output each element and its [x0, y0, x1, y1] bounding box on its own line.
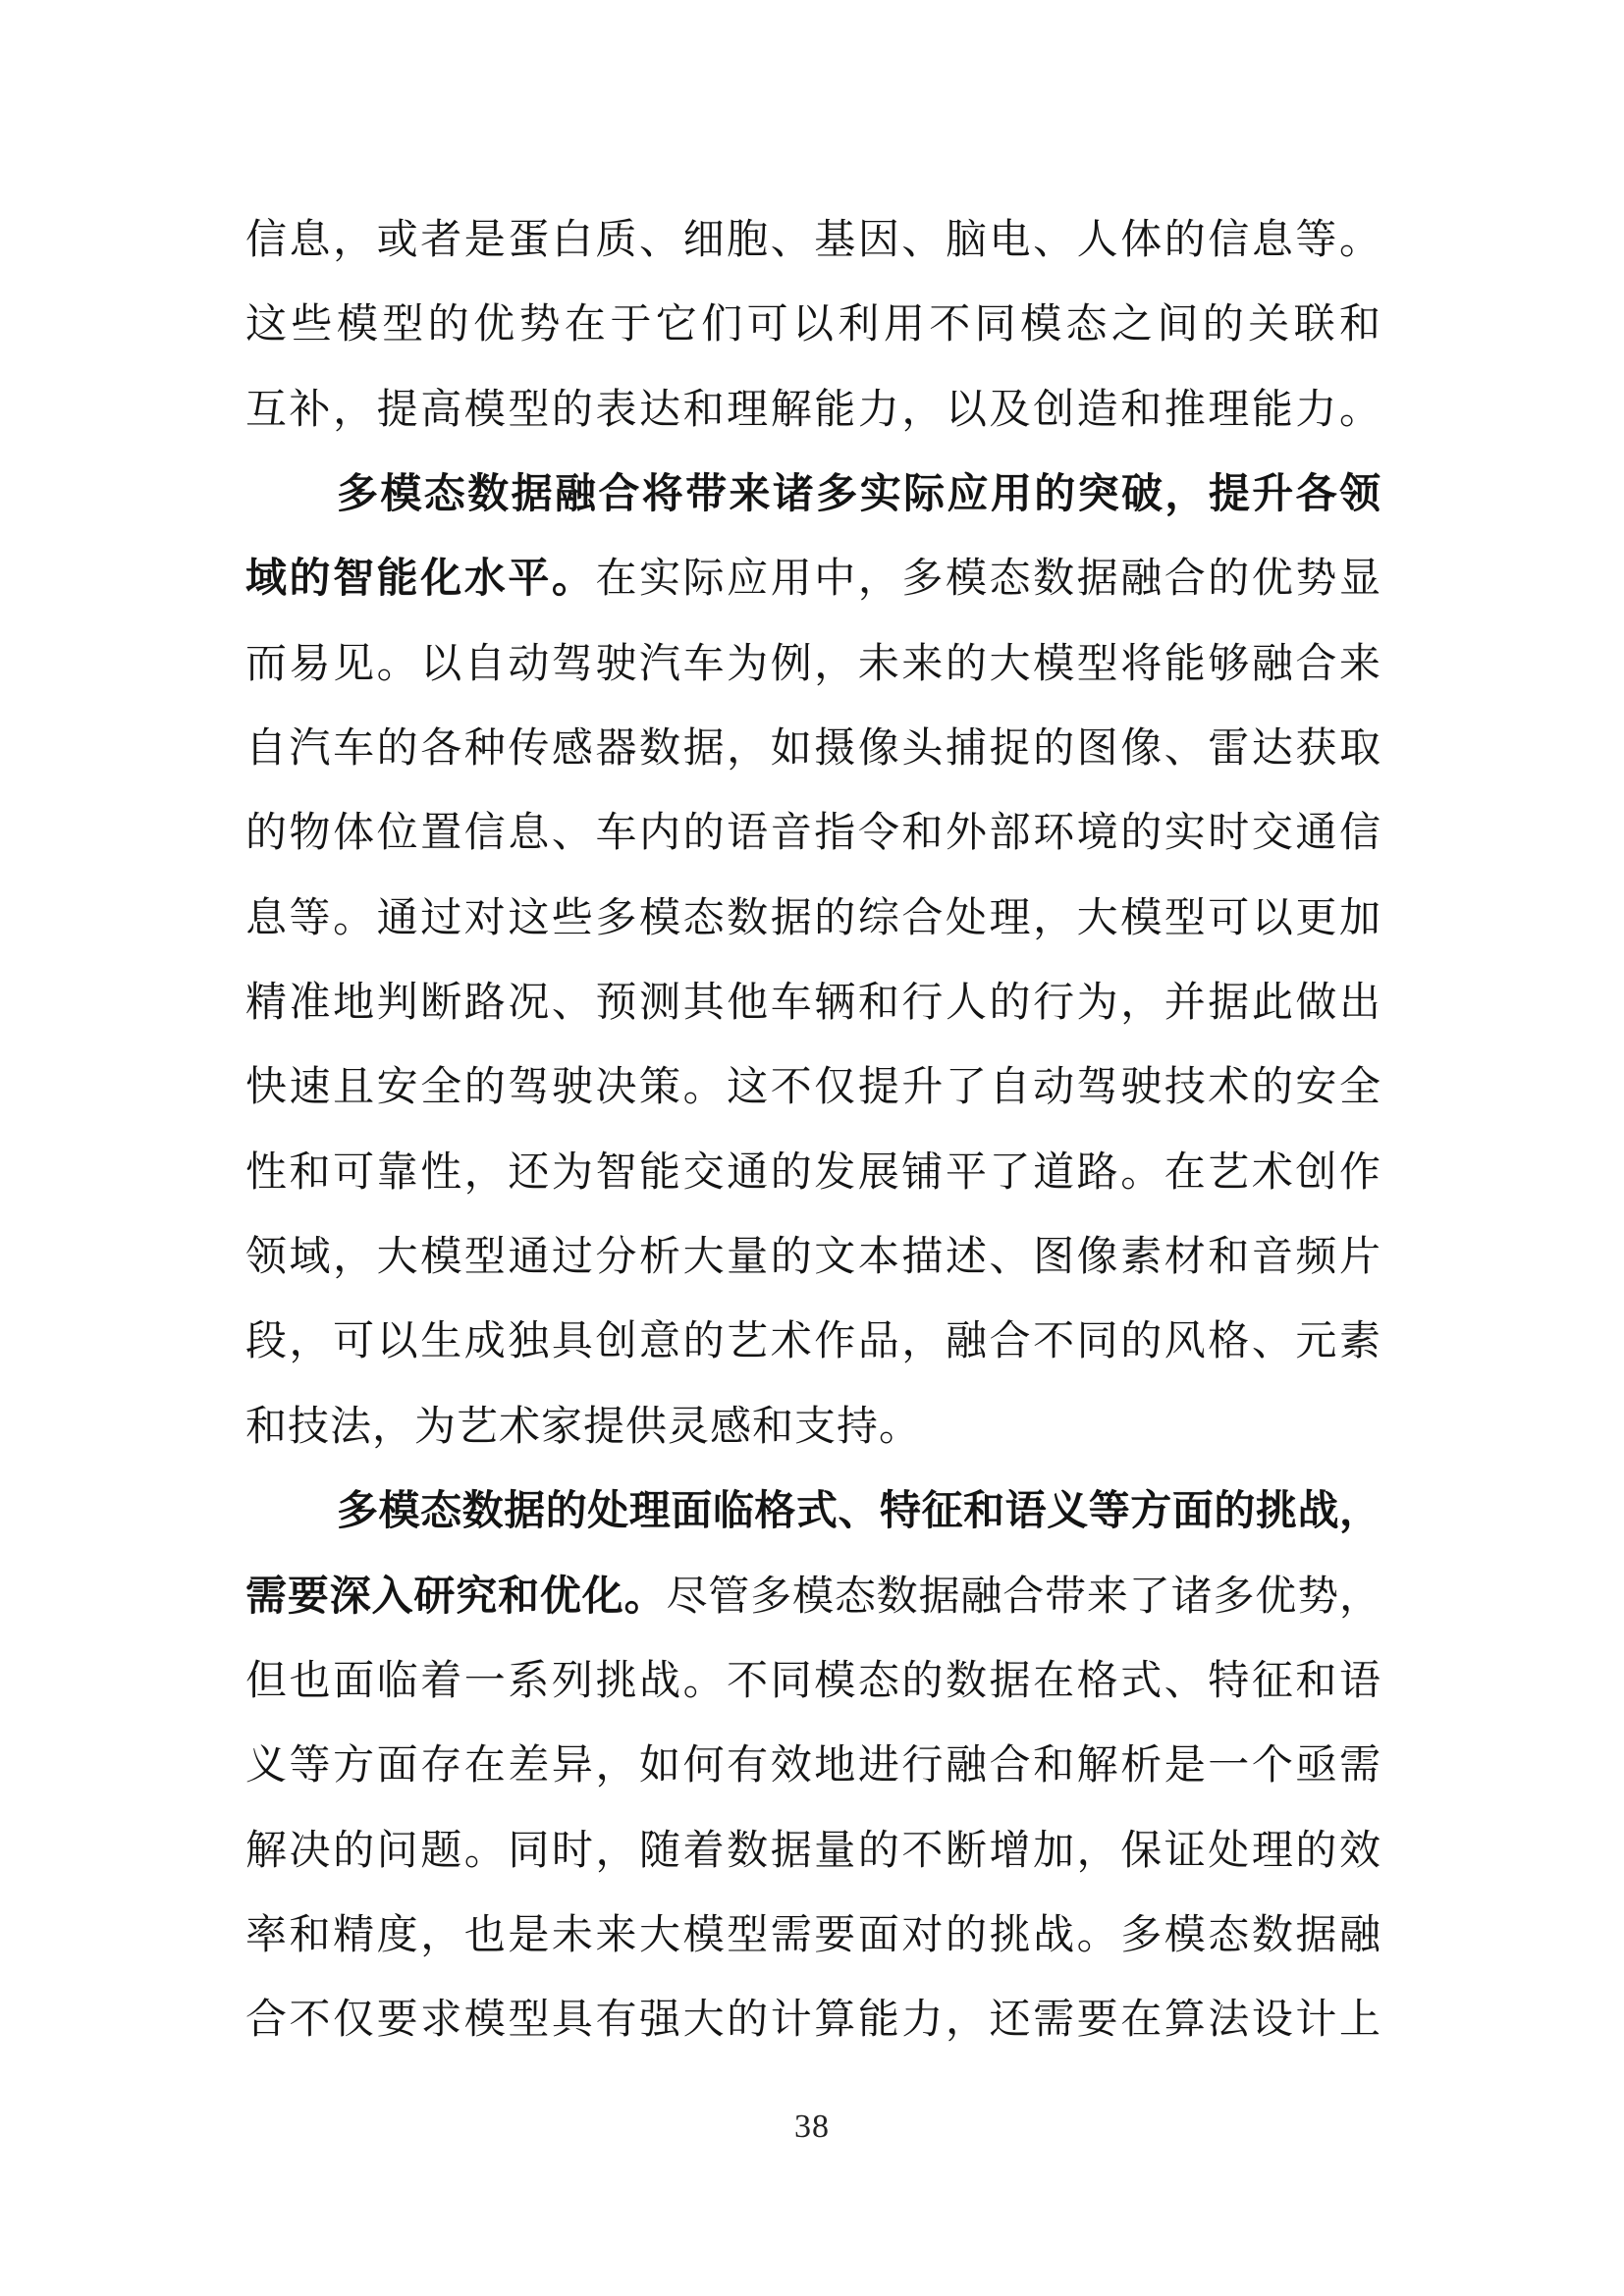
text-segment: 领域，大模型通过分析大量的文本描述、图像素材和音频片: [245, 1235, 1380, 1280]
page-number: 38: [0, 2109, 1624, 2146]
text-segment: 在实际应用中，多模态数据融合的优势显: [595, 557, 1380, 602]
text-line: 自汽车的各种传感器数据，如摄像头捕捉的图像、雷达获取: [245, 707, 1380, 791]
text-segment: 自汽车的各种传感器数据，如摄像头捕捉的图像、雷达获取: [245, 726, 1380, 772]
text-segment: 信息，或者是蛋白质、细胞、基因、脑电、人体的信息等。: [245, 218, 1380, 263]
text-line: 息等。通过对这些多模态数据的综合处理，大模型可以更加: [245, 877, 1380, 961]
text-segment: 息等。通过对这些多模态数据的综合处理，大模型可以更加: [245, 896, 1380, 941]
text-segment: 解决的问题。同时，随着数据量的不断增加，保证处理的效: [245, 1829, 1380, 1874]
text-segment: 快速且安全的驾驶决策。这不仅提升了自动驾驶技术的安全: [245, 1065, 1380, 1110]
text-line: 而易见。以自动驾驶汽车为例，未来的大模型将能够融合来: [245, 622, 1380, 707]
bold-text-segment: 多模态数据的处理面临格式、特征和语义等方面的挑战，: [337, 1489, 1380, 1534]
text-segment: 性和可靠性，还为智能交通的发展铺平了道路。在艺术创作: [245, 1150, 1380, 1196]
text-segment: 段，可以生成独具创意的艺术作品，融合不同的风格、元素: [245, 1319, 1380, 1364]
text-segment: 但也面临着一系列挑战。不同模态的数据在格式、特征和语: [245, 1659, 1380, 1704]
text-line: 解决的问题。同时，随着数据量的不断增加，保证处理的效: [245, 1809, 1380, 1894]
text-segment: 尽管多模态数据融合带来了诸多优势，: [666, 1575, 1380, 1620]
bold-text-segment: 域的智能化水平。: [245, 557, 595, 602]
text-segment: 和技法，为艺术家提供灵感和支持。: [245, 1405, 921, 1450]
text-line: 性和可靠性，还为智能交通的发展铺平了道路。在艺术创作: [245, 1131, 1380, 1215]
text-segment: 精准地判断路况、预测其他车辆和行人的行为，并据此做出: [245, 981, 1380, 1026]
text-body: 信息，或者是蛋白质、细胞、基因、脑电、人体的信息等。这些模型的优势在于它们可以利…: [245, 198, 1380, 2063]
text-line: 和技法，为艺术家提供灵感和支持。: [245, 1385, 1380, 1469]
text-line: 领域，大模型通过分析大量的文本描述、图像素材和音频片: [245, 1215, 1380, 1300]
text-segment: 而易见。以自动驾驶汽车为例，未来的大模型将能够融合来: [245, 642, 1380, 687]
text-line: 信息，或者是蛋白质、细胞、基因、脑电、人体的信息等。: [245, 198, 1380, 283]
text-line: 率和精度，也是未来大模型需要面对的挑战。多模态数据融: [245, 1894, 1380, 1978]
bold-text-segment: 多模态数据融合将带来诸多实际应用的突破，提升各领: [337, 472, 1380, 517]
text-line: 精准地判断路况、预测其他车辆和行人的行为，并据此做出: [245, 961, 1380, 1045]
text-segment: 合不仅要求模型具有强大的计算能力，还需要在算法设计上: [245, 1998, 1380, 2043]
text-line: 需要深入研究和优化。尽管多模态数据融合带来了诸多优势，: [245, 1555, 1380, 1639]
text-line: 段，可以生成独具创意的艺术作品，融合不同的风格、元素: [245, 1300, 1380, 1384]
text-segment: 这些模型的优势在于它们可以利用不同模态之间的关联和: [245, 302, 1380, 347]
text-segment: 的物体位置信息、车内的语音指令和外部环境的实时交通信: [245, 811, 1380, 856]
text-line: 多模态数据融合将带来诸多实际应用的突破，提升各领: [245, 453, 1380, 537]
text-line: 义等方面存在差异，如何有效地进行融合和解析是一个亟需: [245, 1724, 1380, 1808]
text-line: 互补，提高模型的表达和理解能力，以及创造和推理能力。: [245, 368, 1380, 453]
document-page: 信息，或者是蛋白质、细胞、基因、脑电、人体的信息等。这些模型的优势在于它们可以利…: [0, 0, 1624, 2296]
text-line: 多模态数据的处理面临格式、特征和语义等方面的挑战，: [245, 1469, 1380, 1554]
text-line: 快速且安全的驾驶决策。这不仅提升了自动驾驶技术的安全: [245, 1045, 1380, 1130]
text-line: 域的智能化水平。在实际应用中，多模态数据融合的优势显: [245, 537, 1380, 621]
text-line: 这些模型的优势在于它们可以利用不同模态之间的关联和: [245, 283, 1380, 367]
bold-text-segment: 需要深入研究和优化。: [245, 1575, 666, 1620]
text-line: 但也面临着一系列挑战。不同模态的数据在格式、特征和语: [245, 1639, 1380, 1724]
text-segment: 互补，提高模型的表达和理解能力，以及创造和推理能力。: [245, 388, 1380, 433]
text-line: 的物体位置信息、车内的语音指令和外部环境的实时交通信: [245, 791, 1380, 876]
text-segment: 义等方面存在差异，如何有效地进行融合和解析是一个亟需: [245, 1743, 1380, 1789]
text-segment: 率和精度，也是未来大模型需要面对的挑战。多模态数据融: [245, 1913, 1380, 1958]
text-line: 合不仅要求模型具有强大的计算能力，还需要在算法设计上: [245, 1978, 1380, 2062]
